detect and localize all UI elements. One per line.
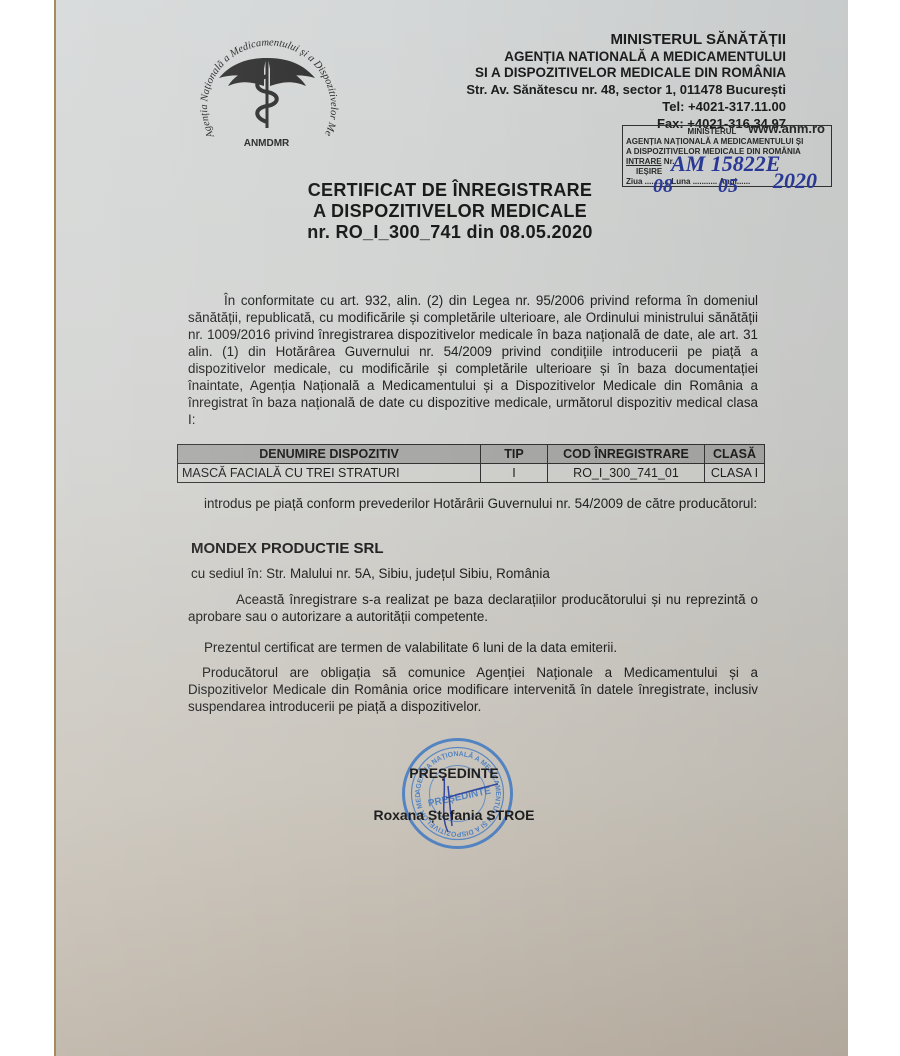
registration-stamp: MINISTERUL www.anm.ro AGENȚIA NAȚIONALĂ …	[622, 125, 832, 187]
certificate-title: CERTIFICAT DE ÎNREGISTRARE A DISPOZITIVE…	[54, 180, 848, 243]
handwritten-nr: AM 15822E	[669, 151, 780, 176]
introduced-paragraph: introdus pe piață conform prevederilor H…	[188, 495, 758, 512]
agency-tel: Tel: +4021-317.11.00	[466, 98, 786, 115]
title-line3: nr. RO_I_300_741 din 08.05.2020	[54, 222, 848, 243]
cell-device-name: MASCĂ FACIALĂ CU TREI STRATURI	[178, 464, 481, 483]
agency-line1: AGENȚIA NATIONALĂ A MEDICAMENTULUI	[466, 49, 786, 65]
signatory-name-text: Roxana Ștefania STROE	[373, 807, 534, 823]
producer-address: cu sediul în: Str. Malului nr. 5A, Sibiu…	[191, 566, 550, 581]
cell-registration-code: RO_I_300_741_01	[548, 464, 705, 483]
signatory-name: Roxana Ștefania STROE	[54, 807, 848, 823]
official-seal: AGENȚIA NAȚIONALĂ A MEDICAMENTULUI ȘI A …	[400, 736, 515, 851]
caduceus-wings-icon	[219, 58, 315, 128]
cell-class: CLASA I	[705, 464, 765, 483]
col-header-class: CLASĂ	[705, 445, 765, 464]
obligation-paragraph: Producătorul are obligația să comunice A…	[188, 664, 758, 715]
device-table-header: DENUMIRE DISPOZITIV TIP COD ÎNREGISTRARE…	[178, 445, 765, 464]
col-header-device-name: DENUMIRE DISPOZITIV	[178, 445, 481, 464]
col-header-registration-code: COD ÎNREGISTRARE	[548, 445, 705, 464]
cell-type: I	[481, 464, 548, 483]
agency-address: Str. Av. Sănătescu nr. 48, sector 1, 011…	[466, 81, 786, 98]
agency-line2: SI A DISPOZITIVELOR MEDICALE DIN ROMÂNIA	[466, 65, 786, 81]
title-line2: A DISPOZITIVELOR MEDICALE	[54, 201, 848, 222]
certificate-page: Agenția Națională a Medicamentului și a …	[54, 0, 848, 1056]
signatory-title-text: PREȘEDINTE	[409, 765, 498, 781]
logo-acronym: ANMDMR	[244, 138, 290, 149]
title-line1: CERTIFICAT DE ÎNREGISTRARE	[54, 180, 848, 201]
anmdmr-logo: Agenția Națională a Medicamentului și a …	[184, 18, 349, 168]
table-row: MASCĂ FACIALĂ CU TREI STRATURI I RO_I_30…	[178, 464, 765, 483]
ministry-header: MINISTERUL SĂNĂTĂȚII AGENȚIA NATIONALĂ A…	[466, 30, 786, 132]
validity-paragraph: Prezentul certificat are termen de valab…	[204, 640, 617, 655]
device-table: DENUMIRE DISPOZITIV TIP COD ÎNREGISTRARE…	[177, 444, 765, 483]
declaration-paragraph: Această înregistrare s-a realizat pe baz…	[188, 591, 758, 625]
col-header-type: TIP	[481, 445, 548, 464]
signatory-title: PREȘEDINTE	[54, 765, 848, 781]
intro-paragraph: În conformitate cu art. 932, alin. (2) d…	[188, 292, 758, 428]
producer-name: MONDEX PRODUCTIE SRL	[191, 540, 384, 557]
ministry-name: MINISTERUL SĂNĂTĂȚII	[466, 30, 786, 49]
